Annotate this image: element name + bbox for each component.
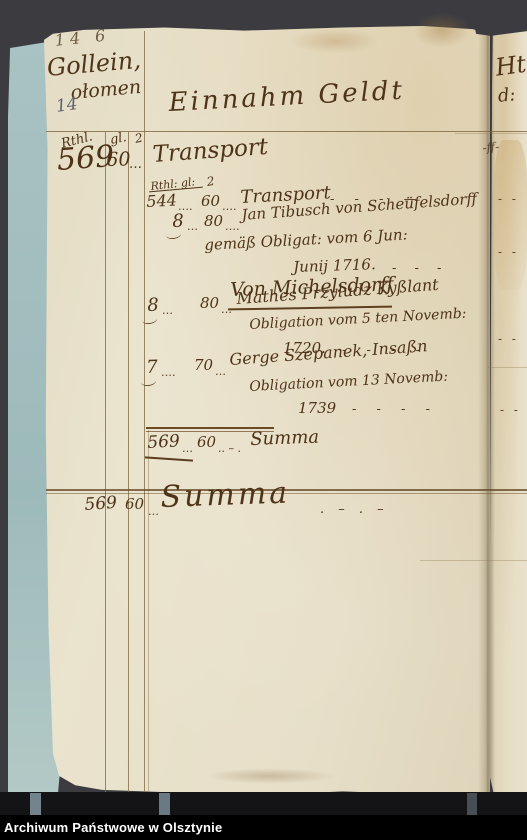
entry-dots: …. (222, 201, 237, 212)
next-page-scribble: -ff- (482, 141, 500, 154)
column-rule-left (105, 132, 106, 792)
pencil-folio-number: 14 (55, 96, 79, 116)
crease-line (455, 133, 527, 134)
entry-rthl: 8 (147, 297, 159, 315)
crease-line (488, 367, 527, 368)
column-rule-right-double (148, 430, 149, 792)
entry-dots: …. (161, 367, 176, 378)
dash-leader: - - - - (352, 403, 438, 416)
carry-gl: 60 (106, 150, 131, 170)
summa-rthl: 569 (147, 433, 180, 452)
entry-rthl: 544 (146, 192, 177, 210)
stand-post (159, 793, 170, 817)
grand-summa-gl: 60 (125, 497, 144, 512)
grand-summa-dots: … (148, 506, 159, 517)
summa-label: Summa (250, 429, 319, 449)
entry-gl: 70 (194, 358, 213, 373)
crease-line (420, 560, 527, 561)
carry-dots: … (129, 158, 142, 171)
entry-gl: 80 (200, 296, 219, 311)
column-rule-right (144, 31, 145, 792)
entry-text: 1739 (298, 401, 336, 416)
dash-leader: - - (500, 404, 521, 416)
grand-summa-label: Summa (160, 478, 291, 513)
column-header-extra: 2 (134, 132, 144, 145)
dash-leader: - - (498, 333, 519, 345)
archive-photo: 14 6 Gollein, ołomen 14 Einnahm Geldt Rt… (0, 0, 527, 840)
archive-caption-text: Archiwum Państwowe w Olsztynie (0, 820, 222, 835)
entry-text: Junij 1716. (293, 257, 376, 275)
dash-leader: - - (498, 193, 519, 205)
summa-gl: 60 (197, 435, 216, 450)
entry-rthl: 7 (146, 359, 158, 377)
next-page-note: Ht (494, 52, 527, 80)
subheader-extra: 2 (206, 175, 215, 188)
entry-gl: 60 (201, 194, 220, 209)
entry-dots: …. (225, 221, 240, 232)
column-rule-middle (128, 132, 129, 792)
stand-post (467, 793, 477, 817)
summa-dots: … (182, 443, 193, 454)
grand-summa-trailing: . – . – (320, 503, 389, 516)
grand-summa-rthl: 569 (84, 495, 118, 514)
entry-dots: … (187, 221, 198, 232)
archive-caption-bar: Archiwum Państwowe w Olsztynie (0, 815, 527, 840)
next-page-note: d: (497, 86, 516, 106)
entry-dots: … (162, 305, 173, 316)
stand-post (30, 793, 41, 817)
entry-dots: … (215, 366, 226, 377)
dash-leader: - - (498, 246, 519, 258)
entry-gl: 80 (204, 214, 223, 229)
entry-dots: … (221, 304, 232, 315)
dash-leader: - - - (392, 262, 448, 275)
summa-dots: .. – . (218, 443, 241, 454)
